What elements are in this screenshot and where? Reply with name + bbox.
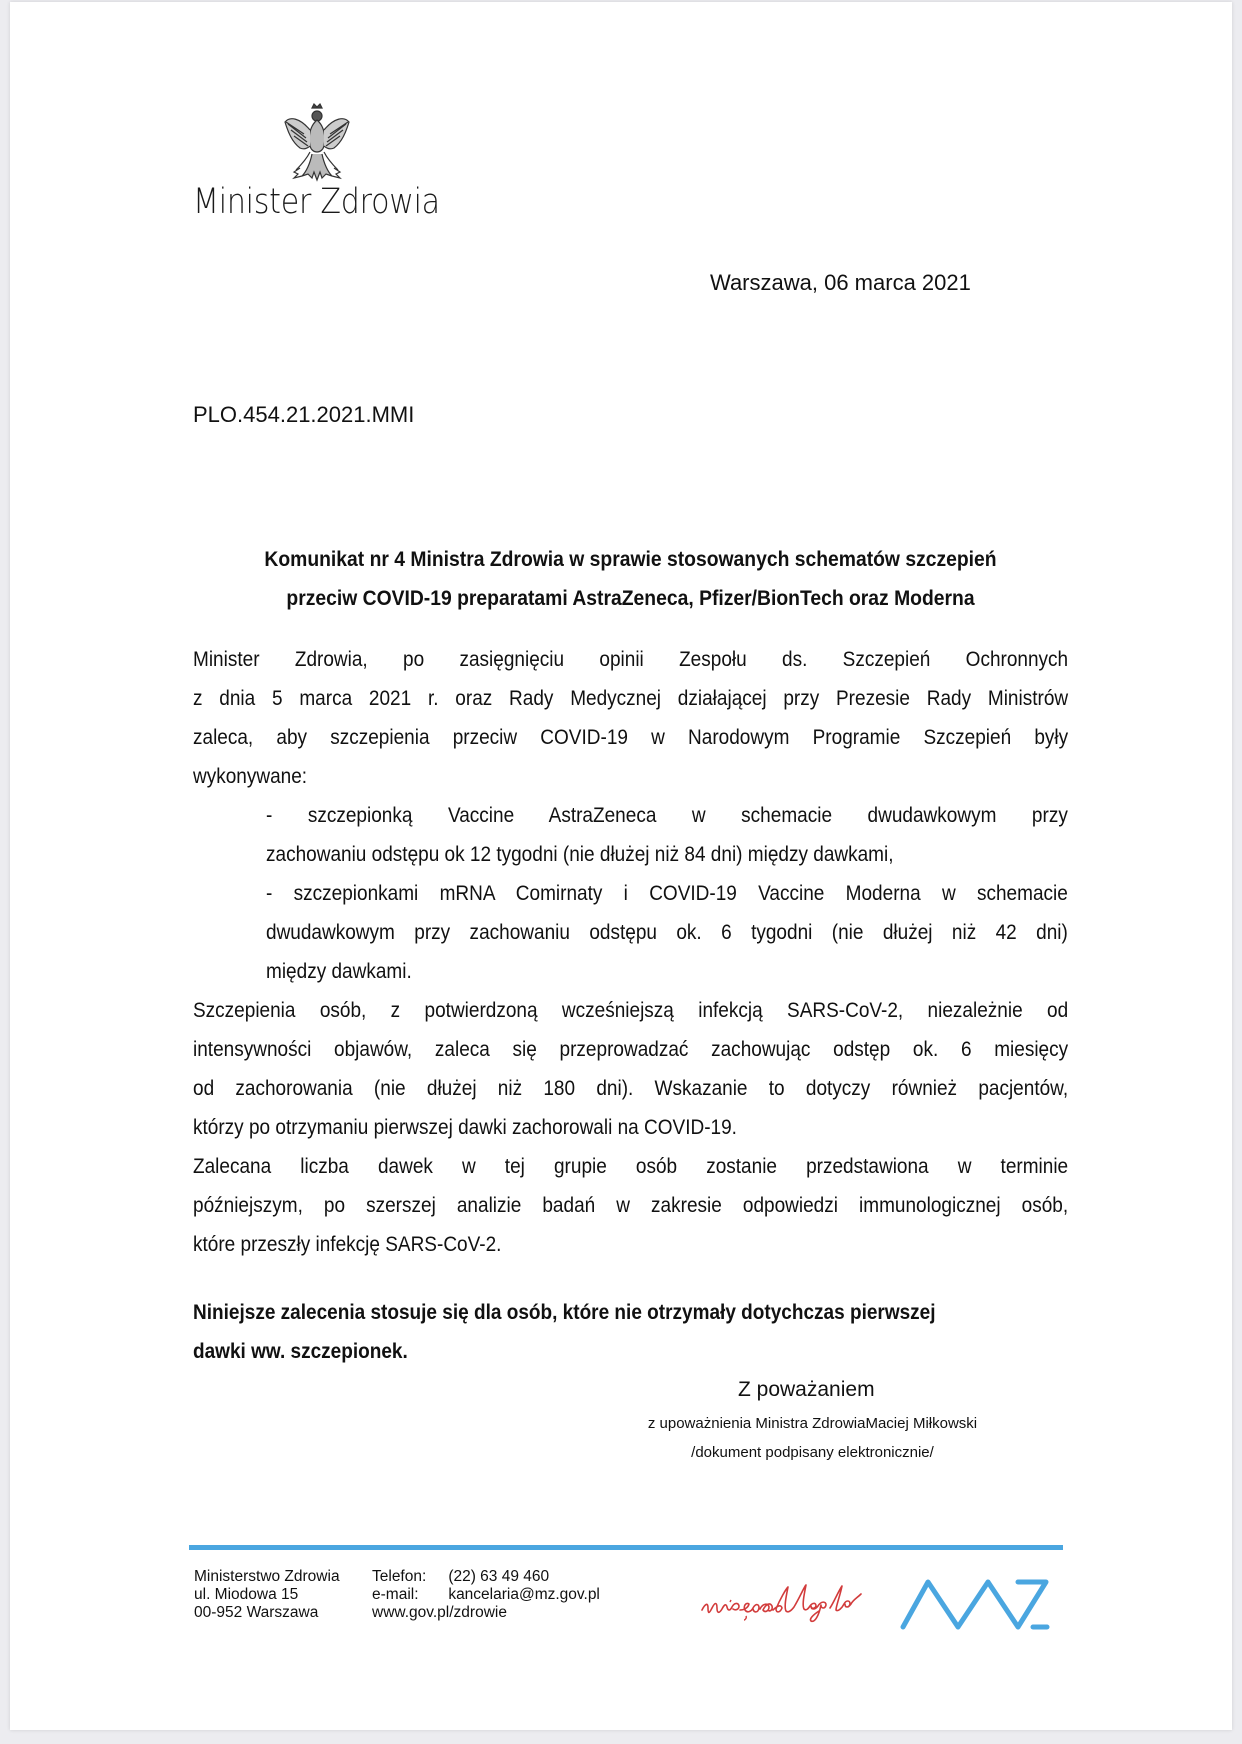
footer-city: 00-952 Warszawa — [194, 1604, 340, 1622]
document-title: Komunikat nr 4 Ministra Zdrowia w sprawi… — [228, 540, 1033, 618]
paragraph-line: dawki ww. szczepionek. — [193, 1332, 985, 1371]
email-link[interactable]: kancelaria@mz.gov.pl — [448, 1586, 600, 1603]
paragraph-line: od zachorowania (nie dłużej niż 180 dni)… — [193, 1069, 1068, 1108]
phone-label: Telefon: — [372, 1568, 444, 1586]
title-line: Komunikat nr 4 Ministra Zdrowia w sprawi… — [228, 540, 1033, 579]
bold-note: Niniejsze zalecenia stosuje się dla osób… — [193, 1293, 985, 1371]
reference-number: PLO.454.21.2021.MMI — [193, 402, 414, 428]
paragraph-line: dwudawkowym przy zachowaniu odstępu ok. … — [266, 913, 1068, 952]
website-link[interactable]: www.gov.pl/zdrowie — [372, 1604, 600, 1622]
date-line: Warszawa, 06 marca 2021 — [710, 270, 971, 296]
paragraph-line: które przeszły infekcję SARS-CoV-2. — [193, 1225, 1068, 1264]
title-line: przeciw COVID-19 preparatami AstraZeneca… — [228, 579, 1033, 618]
paragraph-line: między dawkami. — [266, 952, 1068, 991]
footer-street: ul. Miodowa 15 — [194, 1586, 340, 1604]
signature-greeting: Z poważaniem — [738, 1378, 875, 1402]
paragraph-line: Niniejsze zalecenia stosuje się dla osób… — [193, 1293, 985, 1332]
institution-name: Minister Zdrowia — [193, 182, 440, 222]
recommendation-item: - szczepionkami mRNA Comirnaty i COVID-1… — [266, 874, 1068, 991]
footer-org-name: Ministerstwo Zdrowia — [194, 1568, 340, 1586]
paragraph-line: zaleca, aby szczepienia przeciw COVID-19… — [193, 718, 1068, 757]
footer-divider — [189, 1545, 1063, 1550]
recommendation-list: - szczepionką Vaccine AstraZeneca w sche… — [266, 796, 1068, 991]
document-page: Minister Zdrowia Warszawa, 06 marca 2021… — [10, 2, 1232, 1730]
phone-number: (22) 63 49 460 — [448, 1568, 549, 1585]
intro-paragraph: Minister Zdrowia, po zasięgnięciu opinii… — [193, 640, 1068, 796]
email-label: e-mail: — [372, 1586, 444, 1604]
paragraph-line: z dnia 5 marca 2021 r. oraz Rady Medyczn… — [193, 679, 1068, 718]
signature-authorization: z upoważnienia Ministra ZdrowiaMaciej Mi… — [610, 1415, 1015, 1432]
paragraph-line: zachowaniu odstępu ok 12 tygodni (nie dł… — [266, 835, 1068, 874]
doses-paragraph: Zalecana liczba dawek w tej grupie osób … — [193, 1147, 1068, 1264]
paragraph-line: - szczepionkami mRNA Comirnaty i COVID-1… — [266, 874, 1068, 913]
signature-note: /dokument podpisany elektronicznie/ — [610, 1444, 1015, 1461]
paragraph-line: - szczepionką Vaccine AstraZeneca w sche… — [266, 796, 1068, 835]
footer-address: Ministerstwo Zdrowia ul. Miodowa 15 00-9… — [194, 1568, 340, 1622]
footer-contact: Telefon: (22) 63 49 460 e-mail: kancelar… — [372, 1568, 600, 1622]
niepodlegla-logo-icon — [700, 1572, 875, 1632]
paragraph-line: późniejszym, po szerszej analizie badań … — [193, 1186, 1068, 1225]
paragraph-line: Zalecana liczba dawek w tej grupie osób … — [193, 1147, 1068, 1186]
infection-paragraph: Szczepienia osób, z potwierdzoną wcześni… — [193, 991, 1068, 1147]
paragraph-line: wykonywane: — [193, 757, 1068, 796]
polish-eagle-emblem-icon — [282, 102, 352, 184]
paragraph-line: intensywności objawów, zaleca się przepr… — [193, 1030, 1068, 1069]
mz-logo-icon — [895, 1572, 1065, 1632]
paragraph-line: którzy po otrzymaniu pierwszej dawki zac… — [193, 1108, 1068, 1147]
paragraph-line: Szczepienia osób, z potwierdzoną wcześni… — [193, 991, 1068, 1030]
paragraph-line: Minister Zdrowia, po zasięgnięciu opinii… — [193, 640, 1068, 679]
recommendation-item: - szczepionką Vaccine AstraZeneca w sche… — [266, 796, 1068, 874]
